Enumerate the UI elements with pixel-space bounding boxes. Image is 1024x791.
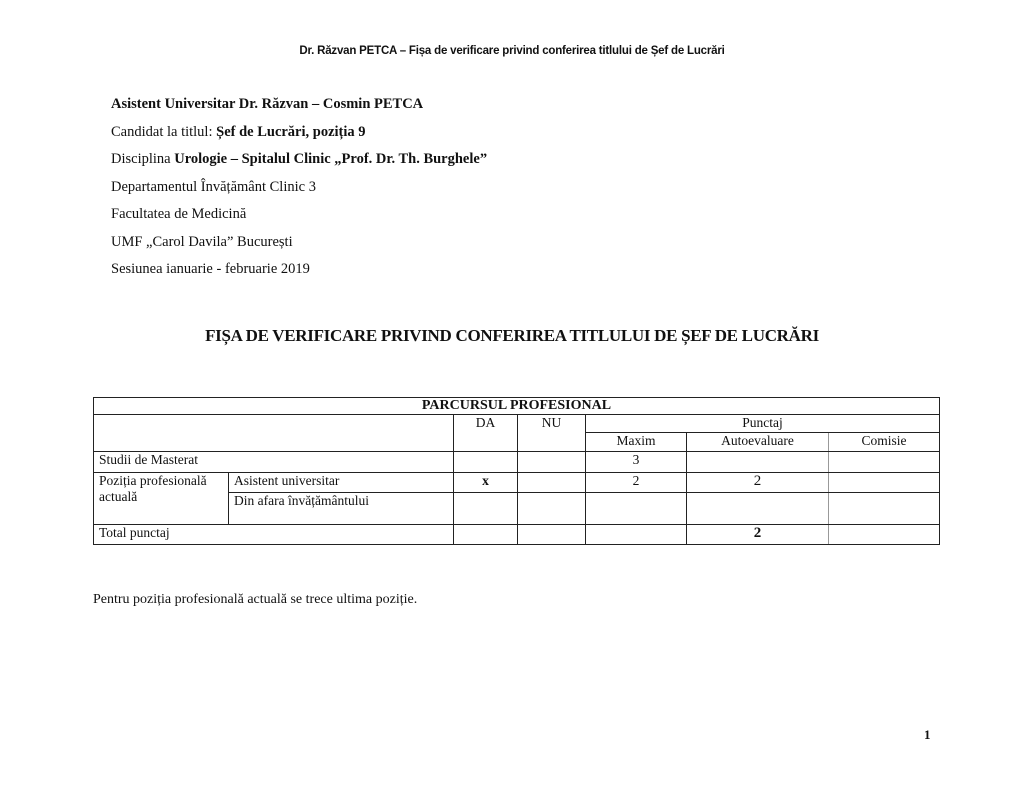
cell-total-autoevaluare: 2 bbox=[687, 525, 829, 545]
discipline-prefix: Disciplina bbox=[111, 151, 174, 167]
row-label-total: Total punctaj bbox=[94, 525, 454, 545]
document-title: FIȘA DE VERIFICARE PRIVIND CONFERIREA TI… bbox=[0, 326, 1024, 346]
header-nu: NU bbox=[518, 415, 586, 452]
candidate-title-line: Candidat la titlul: Șef de Lucrări, pozi… bbox=[111, 123, 487, 151]
session-line: Sesiunea ianuarie - februarie 2019 bbox=[111, 260, 487, 288]
candidate-title-prefix: Candidat la titlul: bbox=[111, 124, 216, 140]
row-label-asistent: Asistent universitar bbox=[229, 473, 454, 493]
cell-masterat-nu bbox=[518, 452, 586, 473]
header-maxim: Maxim bbox=[586, 433, 687, 452]
cell-masterat-autoevaluare bbox=[687, 452, 829, 473]
department-line: Departamentul Învățământ Clinic 3 bbox=[111, 178, 487, 206]
cell-din-afara-nu bbox=[518, 493, 586, 525]
table-title: PARCURSUL PROFESIONAL bbox=[94, 398, 940, 415]
table-row-masterat: Studii de Masterat 3 bbox=[94, 452, 940, 473]
cell-masterat-da bbox=[454, 452, 518, 473]
candidate-title-value: Șef de Lucrări, poziția 9 bbox=[216, 124, 365, 140]
row-label-pozitia: Poziția profesională actuală bbox=[94, 473, 229, 525]
cell-total-maxim bbox=[586, 525, 687, 545]
candidate-name: Asistent Universitar Dr. Răzvan – Cosmin… bbox=[111, 95, 487, 123]
footnote: Pentru poziția profesională actuală se t… bbox=[93, 592, 417, 608]
table-row-total: Total punctaj 2 bbox=[94, 525, 940, 545]
header-comisie: Comisie bbox=[829, 433, 940, 452]
cell-asistent-autoevaluare: 2 bbox=[687, 473, 829, 493]
header-da: DA bbox=[454, 415, 518, 452]
candidate-name-text: Asistent Universitar Dr. Răzvan – Cosmin… bbox=[111, 96, 423, 112]
discipline-line: Disciplina Urologie – Spitalul Clinic „P… bbox=[111, 150, 487, 178]
cell-masterat-maxim: 3 bbox=[586, 452, 687, 473]
table-row-asistent: Poziția profesională actuală Asistent un… bbox=[94, 473, 940, 493]
professional-path-table: PARCURSUL PROFESIONAL DA NU Punctaj Maxi… bbox=[93, 397, 940, 545]
cell-total-da bbox=[454, 525, 518, 545]
header-punctaj: Punctaj bbox=[586, 415, 940, 433]
header-autoevaluare: Autoevaluare bbox=[687, 433, 829, 452]
cell-din-afara-comisie bbox=[829, 493, 940, 525]
faculty-line: Facultatea de Medicină bbox=[111, 205, 487, 233]
cell-asistent-maxim: 2 bbox=[586, 473, 687, 493]
cell-total-comisie bbox=[829, 525, 940, 545]
cell-din-afara-maxim bbox=[586, 493, 687, 525]
page-number: 1 bbox=[924, 727, 931, 743]
cell-asistent-comisie bbox=[829, 473, 940, 493]
candidate-info: Asistent Universitar Dr. Răzvan – Cosmin… bbox=[111, 95, 487, 288]
cell-din-afara-autoevaluare bbox=[687, 493, 829, 525]
discipline-value: Urologie – Spitalul Clinic „Prof. Dr. Th… bbox=[174, 151, 487, 167]
row-label-din-afara: Din afara învățământului bbox=[229, 493, 454, 525]
cell-total-nu bbox=[518, 525, 586, 545]
cell-din-afara-da bbox=[454, 493, 518, 525]
university-line: UMF „Carol Davila” București bbox=[111, 233, 487, 261]
header-empty-cell bbox=[94, 415, 454, 452]
running-header: Dr. Răzvan PETCA – Fișa de verificare pr… bbox=[0, 45, 1024, 57]
cell-asistent-da: x bbox=[454, 473, 518, 493]
cell-asistent-nu bbox=[518, 473, 586, 493]
row-label-masterat: Studii de Masterat bbox=[94, 452, 454, 473]
cell-masterat-comisie bbox=[829, 452, 940, 473]
